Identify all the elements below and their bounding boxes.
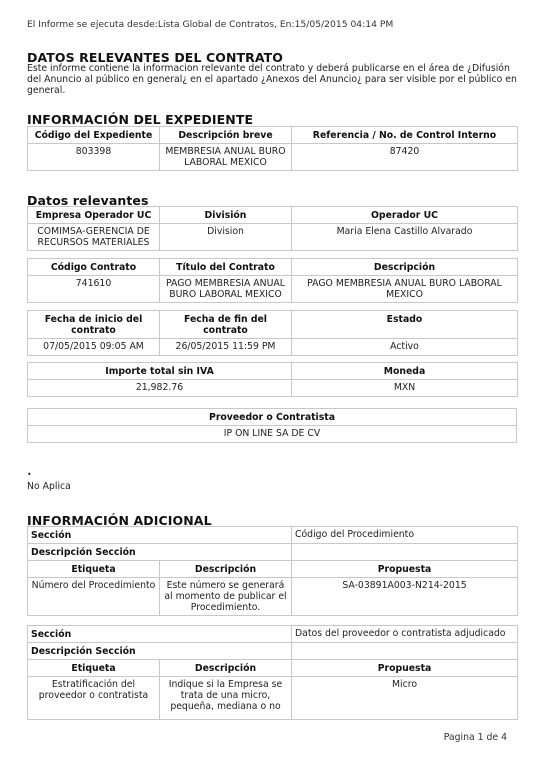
adicional-block-table: Sección Código del Procedimiento Descrip… (27, 526, 518, 616)
table-header-row: Código Contrato Título del Contrato Desc… (28, 259, 518, 276)
descripcion-seccion-label: Descripción Sección (28, 544, 292, 561)
header-moneda: Moneda (292, 363, 518, 380)
header-fecha-inicio: Fecha de inicio del contrato (28, 311, 160, 339)
titulo-contrato-value: PAGO MEMBRESIA ANUAL BURO LABORAL MEXICO (160, 276, 292, 303)
descripcion-seccion-row: Descripción Sección (28, 643, 518, 660)
division-value: Division (160, 224, 292, 251)
header-codigo-expediente: Código del Expediente (28, 127, 160, 144)
seccion-value: Datos del proveedor o contratista adjudi… (292, 626, 518, 643)
seccion-label: Sección (28, 626, 292, 643)
descripcion-value: PAGO MEMBRESIA ANUAL BURO LABORAL MEXICO (292, 276, 518, 303)
importe-value: 21,982.76 (28, 380, 292, 397)
seccion-row: Sección Datos del proveedor o contratist… (28, 626, 518, 643)
header-empresa-operador: Empresa Operador UC (28, 207, 160, 224)
table-row: IP ON LINE SA DE CV (28, 426, 517, 443)
table-row: Estratificación del proveedor o contrati… (28, 677, 518, 720)
intro-paragraph: Este informe contiene la informacion rel… (27, 63, 519, 96)
header-proveedor: Proveedor o Contratista (28, 409, 517, 426)
descripcion-seccion-value (292, 544, 518, 561)
proveedor-table: Proveedor o Contratista IP ON LINE SA DE… (27, 408, 517, 443)
header-operador-uc: Operador UC (292, 207, 518, 224)
header-etiqueta: Etiqueta (28, 561, 160, 578)
etiqueta-value: Estratificación del proveedor o contrati… (28, 677, 160, 720)
etiqueta-value: Número del Procedimiento (28, 578, 160, 616)
fecha-fin-value: 26/05/2015 11:59 PM (160, 339, 292, 356)
table-row: 741610 PAGO MEMBRESIA ANUAL BURO LABORAL… (28, 276, 518, 303)
seccion-label: Sección (28, 527, 292, 544)
table-row: 21,982.76 MXN (28, 380, 518, 397)
descripcion-value: Indique si la Empresa se trata de una mi… (160, 677, 292, 720)
descripcion-seccion-value (292, 643, 518, 660)
empresa-operador-value: COMIMSA-GERENCIA DE RECURSOS MATERIALES (28, 224, 160, 251)
expediente-table: Código del Expediente Descripción breve … (27, 126, 518, 171)
header-propuesta: Propuesta (292, 561, 518, 578)
fechas-table: Fecha de inicio del contrato Fecha de fi… (27, 310, 518, 356)
table-header-row: Código del Expediente Descripción breve … (28, 127, 518, 144)
adicional-block-table: Sección Datos del proveedor o contratist… (27, 625, 518, 720)
contrato-table: Código Contrato Título del Contrato Desc… (27, 258, 518, 303)
header-referencia: Referencia / No. de Control Interno (292, 127, 518, 144)
table-header-row: Fecha de inicio del contrato Fecha de fi… (28, 311, 518, 339)
table-row: 07/05/2015 09:05 AM 26/05/2015 11:59 PM … (28, 339, 518, 356)
header-descripcion: Descripción (292, 259, 518, 276)
referencia-value: 87420 (292, 144, 518, 171)
table-row: Número del Procedimiento Este número se … (28, 578, 518, 616)
importe-table: Importe total sin IVA Moneda 21,982.76 M… (27, 362, 518, 397)
estado-value: Activo (292, 339, 518, 356)
table-row: 803398 MEMBRESIA ANUAL BURO LABORAL MEXI… (28, 144, 518, 171)
table-header-row: Proveedor o Contratista (28, 409, 517, 426)
header-titulo-contrato: Título del Contrato (160, 259, 292, 276)
codigo-contrato-value: 741610 (28, 276, 160, 303)
header-descripcion: Descripción (160, 561, 292, 578)
header-propuesta: Propuesta (292, 660, 518, 677)
header-codigo-contrato: Código Contrato (28, 259, 160, 276)
descripcion-seccion-row: Descripción Sección (28, 544, 518, 561)
bullet-icon: • (27, 472, 32, 478)
descripcion-value: Este número se generará al momento de pu… (160, 578, 292, 616)
header-division: División (160, 207, 292, 224)
propuesta-value: Micro (292, 677, 518, 720)
table-header-row: Etiqueta Descripción Propuesta (28, 561, 518, 578)
propuesta-value: SA-03891A003-N214-2015 (292, 578, 518, 616)
header-descripcion: Descripción (160, 660, 292, 677)
moneda-value: MXN (292, 380, 518, 397)
operador-table: Empresa Operador UC División Operador UC… (27, 206, 518, 251)
table-header-row: Etiqueta Descripción Propuesta (28, 660, 518, 677)
header-etiqueta: Etiqueta (28, 660, 160, 677)
descripcion-seccion-label: Descripción Sección (28, 643, 292, 660)
proveedor-value: IP ON LINE SA DE CV (28, 426, 517, 443)
fecha-inicio-value: 07/05/2015 09:05 AM (28, 339, 160, 356)
seccion-row: Sección Código del Procedimiento (28, 527, 518, 544)
descripcion-breve-value: MEMBRESIA ANUAL BURO LABORAL MEXICO (160, 144, 292, 171)
header-descripcion-breve: Descripción breve (160, 127, 292, 144)
table-row: COMIMSA-GERENCIA DE RECURSOS MATERIALES … (28, 224, 518, 251)
table-header-row: Empresa Operador UC División Operador UC (28, 207, 518, 224)
operador-uc-value: Maria Elena Castillo Alvarado (292, 224, 518, 251)
header-importe: Importe total sin IVA (28, 363, 292, 380)
seccion-value: Código del Procedimiento (292, 527, 518, 544)
section-title-expediente: INFORMACIÓN DEL EXPEDIENTE (27, 112, 253, 127)
pagination-text: Pagina 1 de 4 (444, 732, 507, 743)
report-run-info: El Informe se ejecuta desde:Lista Global… (27, 19, 393, 30)
header-estado: Estado (292, 311, 518, 339)
header-fecha-fin: Fecha de fin del contrato (160, 311, 292, 339)
no-aplica-text: No Aplica (27, 481, 71, 492)
codigo-expediente-value: 803398 (28, 144, 160, 171)
table-header-row: Importe total sin IVA Moneda (28, 363, 518, 380)
